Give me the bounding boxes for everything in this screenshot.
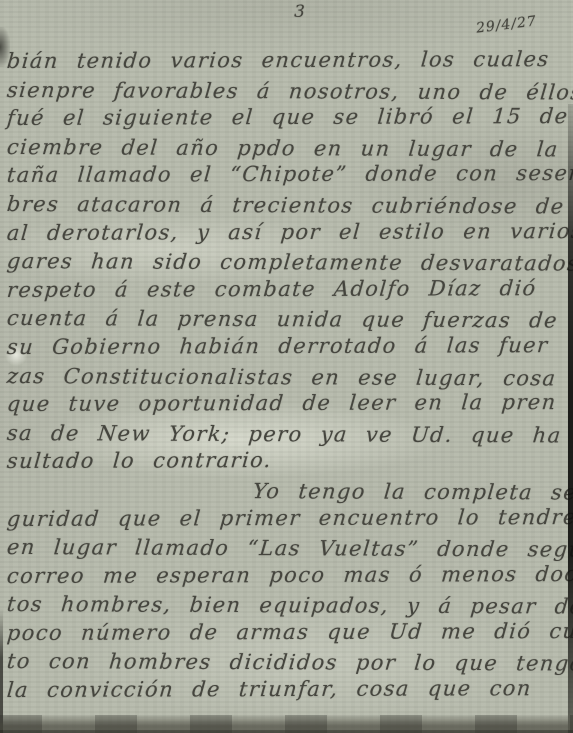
manuscript-line: la convicción de triunfar, cosa que con (6, 674, 573, 705)
manuscript-page: 3 29/4/27 bián tenido varios encuentros,… (0, 0, 573, 733)
manuscript-line: que tuve oportunidad de leer en la pren (6, 388, 573, 419)
manuscript-line: correo me esperan poco mas ó menos docie… (6, 560, 573, 591)
manuscript-line: bián tenido varios encuentros, los cuale… (6, 45, 573, 76)
scan-edge-bottom (0, 715, 573, 733)
manuscript-line: sultado lo contrario. (6, 445, 573, 476)
manuscript-line: respeto á este combate Adolfo Díaz dió (6, 274, 573, 305)
manuscript-text: bián tenido varios encuentros, los cuale… (7, 47, 573, 705)
scan-edge-right (568, 104, 573, 733)
manuscript-line: guridad que el primer encuentro lo tendr… (6, 502, 573, 533)
manuscript-line: al derotarlos, y así por el estilo en va… (6, 216, 573, 247)
manuscript-line: poco número de armas que Ud me dió cuen (6, 617, 573, 648)
manuscript-line: fué el siguiente el que se libró el 15 d… (6, 102, 573, 133)
manuscript-line: taña llamado el “Chipote” donde con sese… (6, 159, 573, 190)
manuscript-line: su Gobierno habián derrotado á las fuer (6, 331, 573, 362)
